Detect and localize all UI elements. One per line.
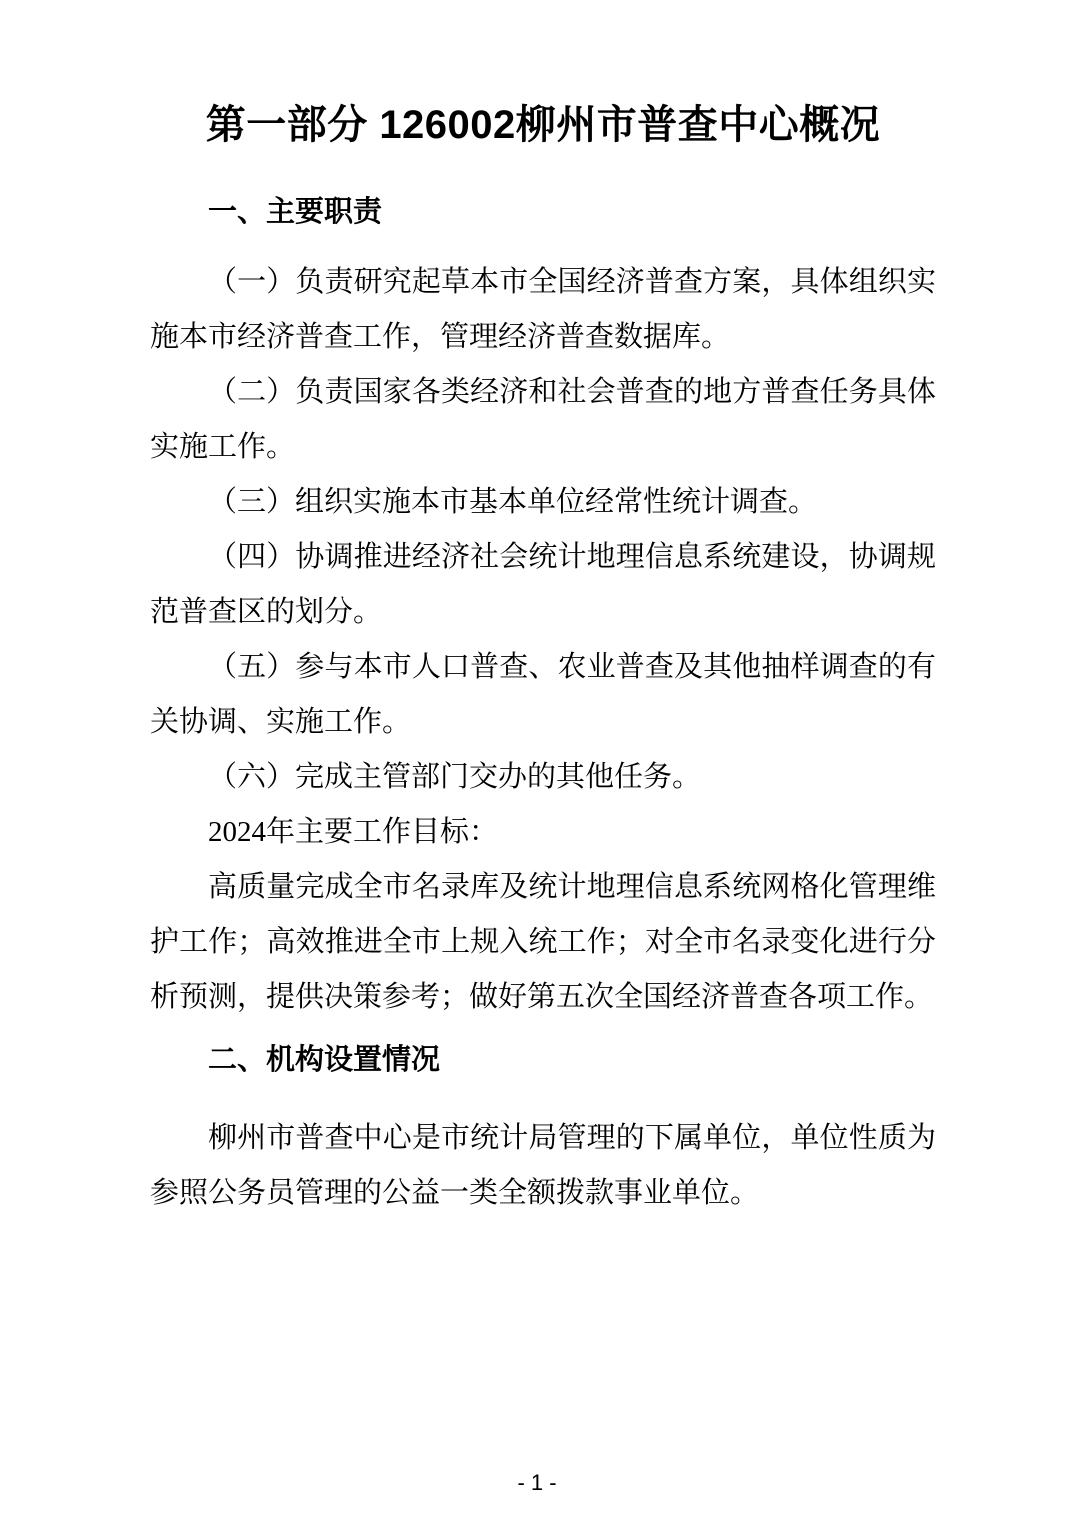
section-org-setup: 二、机构设置情况 柳州市普查中心是市统计局管理的下属单位，单位性质为参照公务员管… xyxy=(150,1043,936,1221)
section-body: 柳州市普查中心是市统计局管理的下属单位，单位性质为参照公务员管理的公益一类全额拨… xyxy=(150,1111,936,1221)
section-heading-org-setup: 二、机构设置情况 xyxy=(150,1043,936,1078)
section-main-duties: 一、主要职责 （一）负责研究起草本市全国经济普查方案，具体组织实施本市经济普查工… xyxy=(150,195,936,1025)
paragraph: （二）负责国家各类经济和社会普查的地方普查任务具体实施工作。 xyxy=(150,365,936,475)
paragraph: 2024年主要工作目标： xyxy=(150,805,936,860)
document-title: 第一部分 126002柳州市普查中心概况 xyxy=(150,100,936,150)
paragraph: （一）负责研究起草本市全国经济普查方案，具体组织实施本市经济普查工作，管理经济普… xyxy=(150,255,936,365)
section-body: （一）负责研究起草本市全国经济普查方案，具体组织实施本市经济普查工作，管理经济普… xyxy=(150,255,936,1025)
paragraph: （四）协调推进经济社会统计地理信息系统建设，协调规范普查区的划分。 xyxy=(150,530,936,640)
page-number: - 1 - xyxy=(0,1470,1074,1496)
document-page: 第一部分 126002柳州市普查中心概况 一、主要职责 （一）负责研究起草本市全… xyxy=(0,0,1074,1520)
section-heading-main-duties: 一、主要职责 xyxy=(150,195,936,230)
paragraph: 柳州市普查中心是市统计局管理的下属单位，单位性质为参照公务员管理的公益一类全额拨… xyxy=(150,1111,936,1221)
paragraph: （五）参与本市人口普查、农业普查及其他抽样调查的有关协调、实施工作。 xyxy=(150,640,936,750)
paragraph: （三）组织实施本市基本单位经常性统计调查。 xyxy=(150,475,936,530)
paragraph: （六）完成主管部门交办的其他任务。 xyxy=(150,750,936,805)
paragraph: 高质量完成全市名录库及统计地理信息系统网格化管理维护工作；高效推进全市上规入统工… xyxy=(150,860,936,1025)
